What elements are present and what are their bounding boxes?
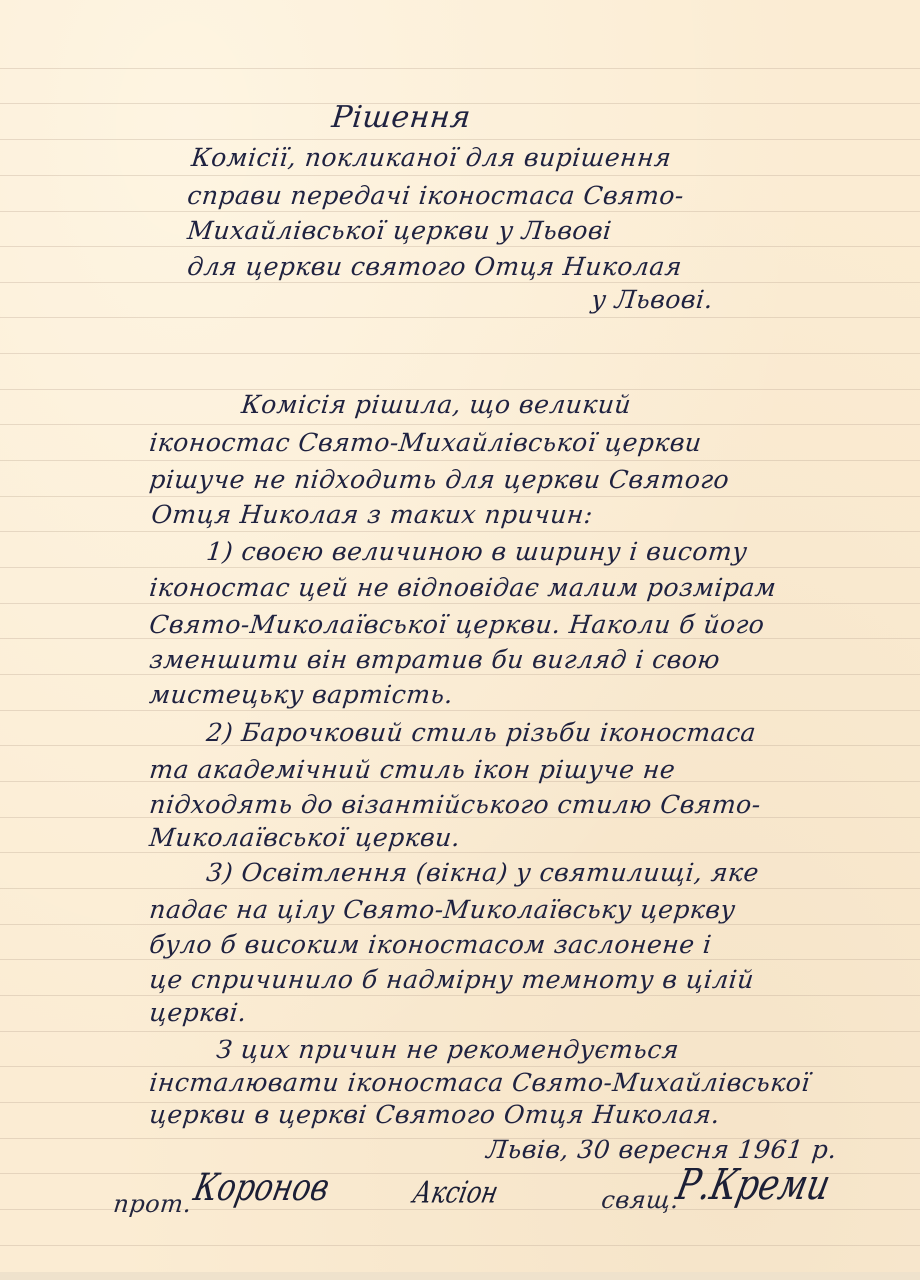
signature-2: Аксіон <box>410 1175 501 1210</box>
ruled-line <box>0 139 920 140</box>
body-line: мистецьку вартість. <box>148 680 455 709</box>
ruled-line <box>0 424 920 425</box>
document-title: Рішення <box>330 100 473 135</box>
ruled-line <box>0 68 920 69</box>
ruled-line <box>0 603 920 604</box>
header-line: Михайлівської церкви у Львові <box>186 216 613 245</box>
signature-prefix: прот. <box>112 1190 193 1218</box>
paper-bottom-edge <box>0 1272 920 1280</box>
ruled-line <box>0 1031 920 1032</box>
body-line: Свято-Миколаївської церкви. Наколи б йог… <box>148 610 766 639</box>
ruled-line <box>0 317 920 318</box>
body-line: падає на цілу Свято-Миколаївську церкву <box>148 895 737 924</box>
header-line: Комісії, покликаної для вирішення <box>190 143 673 172</box>
body-line: Миколаївської церкви. <box>148 823 462 852</box>
body-line: підходять до візантійського стилю Свято- <box>148 790 762 819</box>
body-line: церкви в церкві Святого Отця Николая. <box>148 1100 721 1129</box>
ruled-line <box>0 710 920 711</box>
body-line: Комісія рішила, що великий <box>240 390 633 419</box>
body-line: 2) Барочковий стиль різьби іконостаса <box>205 718 758 747</box>
header-line: у Львові. <box>590 285 715 314</box>
body-line: інсталювати іконостаса Свято-Михайлівськ… <box>148 1068 812 1097</box>
body-line: зменшити він втратив би вигляд і свою <box>148 645 722 674</box>
signature-1: Коронов <box>190 1166 333 1210</box>
ruled-line <box>0 888 920 889</box>
header-line: для церкви святого Отця Николая <box>186 252 683 281</box>
signature-3: Р.Креми <box>672 1160 835 1210</box>
ruled-line <box>0 924 920 925</box>
ruled-line <box>0 175 920 176</box>
body-line: 1) своєю величиною в ширину і висоту <box>205 537 749 566</box>
ruled-line <box>0 496 920 497</box>
body-line: це спричинило б надмірну темноту в цілій <box>148 965 756 994</box>
header-line: справи передачі іконостаса Свято- <box>186 181 686 210</box>
ruled-line <box>0 460 920 461</box>
ruled-line <box>0 282 920 283</box>
ruled-line <box>0 246 920 247</box>
body-line: Отця Николая з таких причин: <box>150 500 594 529</box>
body-line: церкві. <box>148 998 248 1027</box>
ruled-line <box>0 674 920 675</box>
ruled-line <box>0 353 920 354</box>
signature-prefix: свящ. <box>600 1186 680 1214</box>
body-line: та академічний стиль ікон рішуче не <box>148 755 677 784</box>
ruled-line <box>0 959 920 960</box>
ruled-line <box>0 567 920 568</box>
ruled-line <box>0 1066 920 1067</box>
body-line: 3) Освітлення (вікна) у святилищі, яке <box>205 858 760 887</box>
body-line: рішуче не підходить для церкви Святого <box>148 465 731 494</box>
ruled-line <box>0 531 920 532</box>
body-line: було б високим іконостасом заслонене і <box>148 930 713 959</box>
body-line: З цих причин не рекомендується <box>215 1035 681 1064</box>
body-line: іконостас цей не відповідає малим розмір… <box>148 573 778 602</box>
ruled-line <box>0 211 920 212</box>
ruled-line <box>0 1245 920 1246</box>
ruled-line <box>0 995 920 996</box>
body-line: іконостас Свято-Михайлівської церкви <box>148 428 703 457</box>
ruled-line <box>0 852 920 853</box>
